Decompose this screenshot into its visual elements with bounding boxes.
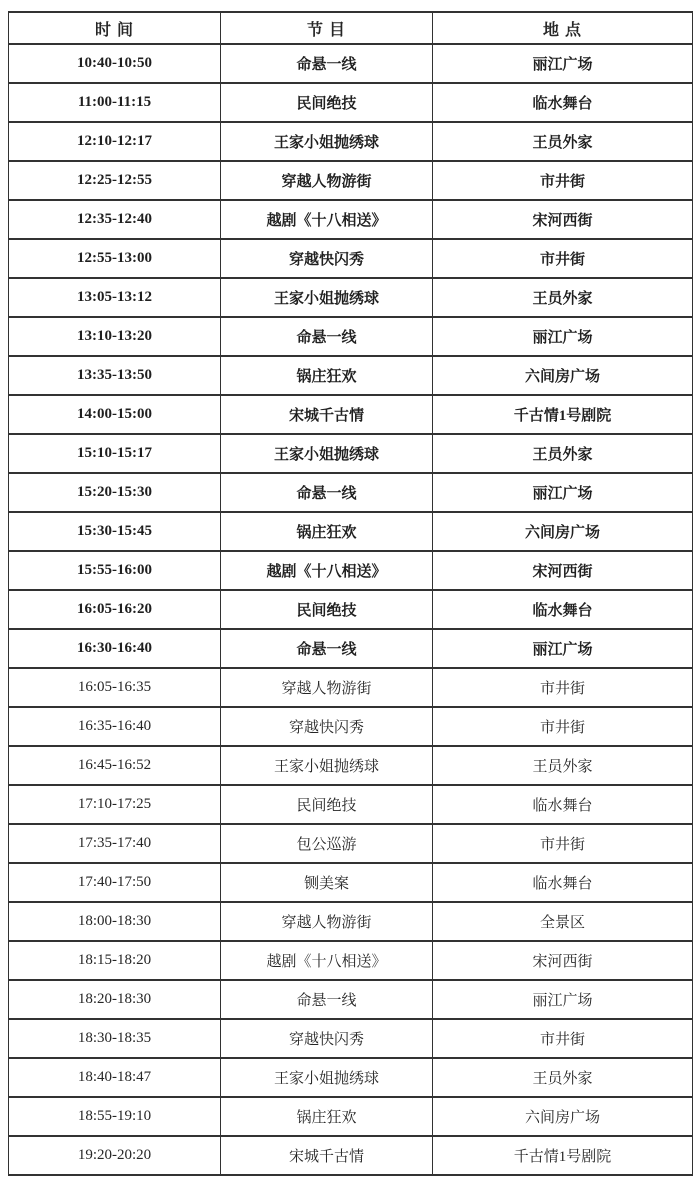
time-cell: 15:30-15:45 [9,512,221,551]
time-cell: 12:55-13:00 [9,239,221,278]
time-cell: 16:05-16:20 [9,590,221,629]
table-row: 14:00-15:00宋城千古情千古情1号剧院 [9,395,693,434]
location-cell: 市井街 [433,1019,693,1058]
time-cell: 18:00-18:30 [9,902,221,941]
table-row: 15:20-15:30命悬一线丽江广场 [9,473,693,512]
time-cell: 18:15-18:20 [9,941,221,980]
program-cell: 王家小姐抛绣球 [221,434,433,473]
time-cell: 16:05-16:35 [9,668,221,707]
program-cell: 民间绝技 [221,590,433,629]
table-row: 10:40-10:50命悬一线丽江广场 [9,44,693,83]
program-cell: 穿越快闪秀 [221,1019,433,1058]
header-row: 时 间节 目地 点 [9,12,693,44]
time-cell: 13:10-13:20 [9,317,221,356]
location-cell: 市井街 [433,707,693,746]
table-row: 18:00-18:30穿越人物游街全景区 [9,902,693,941]
time-cell: 17:40-17:50 [9,863,221,902]
program-cell: 命悬一线 [221,473,433,512]
table-row: 18:40-18:47王家小姐抛绣球王员外家 [9,1058,693,1097]
time-cell: 18:30-18:35 [9,1019,221,1058]
schedule-page: 时 间节 目地 点 10:40-10:50命悬一线丽江广场11:00-11:15… [0,0,700,1197]
time-cell: 19:20-20:20 [9,1136,221,1175]
table-row: 13:05-13:12王家小姐抛绣球王员外家 [9,278,693,317]
location-cell: 丽江广场 [433,629,693,668]
time-cell: 12:25-12:55 [9,161,221,200]
time-cell: 18:55-19:10 [9,1097,221,1136]
program-cell: 穿越人物游街 [221,668,433,707]
program-cell: 铡美案 [221,863,433,902]
time-cell: 16:35-16:40 [9,707,221,746]
program-cell: 穿越快闪秀 [221,707,433,746]
program-cell: 宋城千古情 [221,395,433,434]
table-row: 11:00-11:15民间绝技临水舞台 [9,83,693,122]
table-row: 18:15-18:20越剧《十八相送》宋河西街 [9,941,693,980]
location-cell: 市井街 [433,668,693,707]
program-cell: 越剧《十八相送》 [221,200,433,239]
table-row: 16:35-16:40穿越快闪秀市井街 [9,707,693,746]
schedule-table: 时 间节 目地 点 10:40-10:50命悬一线丽江广场11:00-11:15… [8,11,693,1176]
location-cell: 丽江广场 [433,44,693,83]
table-row: 15:55-16:00越剧《十八相送》宋河西街 [9,551,693,590]
table-row: 16:05-16:35穿越人物游街市井街 [9,668,693,707]
location-cell: 丽江广场 [433,473,693,512]
program-cell: 命悬一线 [221,44,433,83]
table-row: 13:10-13:20命悬一线丽江广场 [9,317,693,356]
program-cell: 王家小姐抛绣球 [221,122,433,161]
location-cell: 王员外家 [433,746,693,785]
location-cell: 宋河西街 [433,200,693,239]
table-body: 10:40-10:50命悬一线丽江广场11:00-11:15民间绝技临水舞台12… [9,44,693,1175]
table-row: 12:55-13:00穿越快闪秀市井街 [9,239,693,278]
time-cell: 17:10-17:25 [9,785,221,824]
program-cell: 越剧《十八相送》 [221,551,433,590]
program-cell: 穿越人物游街 [221,902,433,941]
table-row: 19:20-20:20宋城千古情千古情1号剧院 [9,1136,693,1175]
table-row: 17:40-17:50铡美案临水舞台 [9,863,693,902]
location-cell: 临水舞台 [433,590,693,629]
table-row: 18:55-19:10锅庄狂欢六间房广场 [9,1097,693,1136]
column-header-program: 节 目 [221,12,433,44]
program-cell: 越剧《十八相送》 [221,941,433,980]
time-cell: 12:10-12:17 [9,122,221,161]
time-cell: 17:35-17:40 [9,824,221,863]
location-cell: 丽江广场 [433,980,693,1019]
program-cell: 命悬一线 [221,980,433,1019]
table-row: 16:05-16:20民间绝技临水舞台 [9,590,693,629]
program-cell: 锅庄狂欢 [221,356,433,395]
table-row: 17:10-17:25民间绝技临水舞台 [9,785,693,824]
location-cell: 宋河西街 [433,941,693,980]
location-cell: 六间房广场 [433,356,693,395]
location-cell: 王员外家 [433,122,693,161]
time-cell: 18:20-18:30 [9,980,221,1019]
program-cell: 命悬一线 [221,317,433,356]
program-cell: 民间绝技 [221,785,433,824]
table-row: 15:10-15:17王家小姐抛绣球王员外家 [9,434,693,473]
program-cell: 民间绝技 [221,83,433,122]
program-cell: 穿越快闪秀 [221,239,433,278]
location-cell: 市井街 [433,239,693,278]
column-header-time: 时 间 [9,12,221,44]
location-cell: 临水舞台 [433,863,693,902]
location-cell: 丽江广场 [433,317,693,356]
table-row: 13:35-13:50锅庄狂欢六间房广场 [9,356,693,395]
program-cell: 包公巡游 [221,824,433,863]
program-cell: 穿越人物游街 [221,161,433,200]
location-cell: 临水舞台 [433,785,693,824]
time-cell: 11:00-11:15 [9,83,221,122]
table-row: 15:30-15:45锅庄狂欢六间房广场 [9,512,693,551]
location-cell: 王员外家 [433,1058,693,1097]
location-cell: 市井街 [433,161,693,200]
table-row: 16:30-16:40命悬一线丽江广场 [9,629,693,668]
time-cell: 12:35-12:40 [9,200,221,239]
table-row: 18:30-18:35穿越快闪秀市井街 [9,1019,693,1058]
time-cell: 16:30-16:40 [9,629,221,668]
program-cell: 锅庄狂欢 [221,512,433,551]
time-cell: 15:55-16:00 [9,551,221,590]
time-cell: 13:05-13:12 [9,278,221,317]
location-cell: 王员外家 [433,434,693,473]
location-cell: 六间房广场 [433,1097,693,1136]
location-cell: 千古情1号剧院 [433,395,693,434]
location-cell: 六间房广场 [433,512,693,551]
time-cell: 18:40-18:47 [9,1058,221,1097]
location-cell: 市井街 [433,824,693,863]
location-cell: 全景区 [433,902,693,941]
program-cell: 锅庄狂欢 [221,1097,433,1136]
time-cell: 15:20-15:30 [9,473,221,512]
table-row: 12:25-12:55穿越人物游街市井街 [9,161,693,200]
column-header-location: 地 点 [433,12,693,44]
program-cell: 王家小姐抛绣球 [221,746,433,785]
time-cell: 13:35-13:50 [9,356,221,395]
location-cell: 千古情1号剧院 [433,1136,693,1175]
table-row: 18:20-18:30命悬一线丽江广场 [9,980,693,1019]
location-cell: 宋河西街 [433,551,693,590]
program-cell: 王家小姐抛绣球 [221,1058,433,1097]
program-cell: 宋城千古情 [221,1136,433,1175]
location-cell: 王员外家 [433,278,693,317]
program-cell: 命悬一线 [221,629,433,668]
location-cell: 临水舞台 [433,83,693,122]
table-row: 12:10-12:17王家小姐抛绣球王员外家 [9,122,693,161]
time-cell: 10:40-10:50 [9,44,221,83]
table-row: 17:35-17:40包公巡游市井街 [9,824,693,863]
time-cell: 14:00-15:00 [9,395,221,434]
program-cell: 王家小姐抛绣球 [221,278,433,317]
table-row: 12:35-12:40越剧《十八相送》宋河西街 [9,200,693,239]
table-row: 16:45-16:52王家小姐抛绣球王员外家 [9,746,693,785]
time-cell: 16:45-16:52 [9,746,221,785]
time-cell: 15:10-15:17 [9,434,221,473]
